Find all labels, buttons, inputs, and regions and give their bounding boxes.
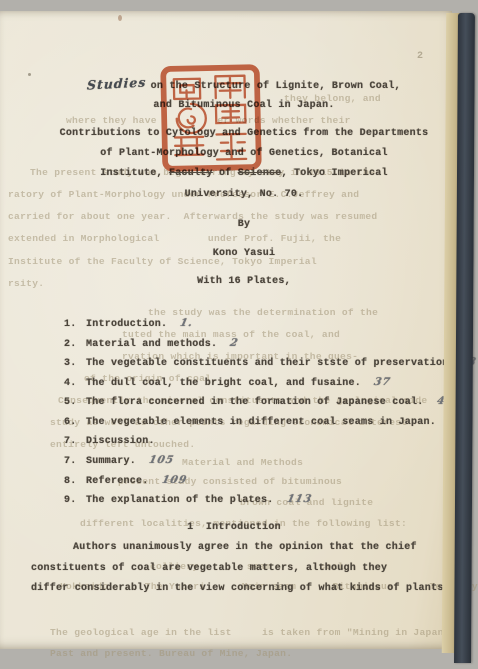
- paragraph-line: differ considerably in the view concerni…: [31, 582, 444, 595]
- toc-page-annotation: 113: [285, 493, 313, 506]
- toc-title: The vegetable constituents and their sts…: [86, 358, 455, 369]
- toc-row: 6.The vegetable elements in different co…: [64, 415, 466, 429]
- toc-page-annotation: 105: [148, 454, 176, 467]
- ghost-page-number: 2: [417, 51, 423, 62]
- ghost-line: The geological age in the list is taken …: [50, 627, 444, 639]
- toc-number: 8.: [64, 475, 86, 488]
- toc-row: 9.The explanation of the plates.113: [64, 493, 311, 507]
- toc-number: 1.: [64, 318, 86, 331]
- toc-title: Reference.: [86, 476, 149, 487]
- ink-speck: [118, 15, 122, 21]
- toc-number: 3.: [64, 357, 86, 370]
- handwritten-word-studies: Studies: [87, 75, 147, 91]
- subtitle-line-3-post: , Tokyo Imperical: [282, 168, 388, 179]
- toc-row: 8.Reference.109: [64, 474, 186, 488]
- toc-number: 5.: [64, 396, 86, 409]
- toc-page-annotation: 1.: [179, 317, 195, 330]
- toc-number: 7.: [64, 455, 86, 468]
- byline-by: By: [0, 218, 452, 231]
- scanned-photo: 2 they belong, andwhere they have er wor…: [0, 0, 478, 669]
- toc-page-annotation: 2: [229, 337, 240, 350]
- toc-title: Introduction.: [86, 319, 167, 330]
- author-name: Kono Yasui: [0, 247, 452, 260]
- toc-title: The explanation of the plates.: [86, 495, 274, 506]
- ghost-line: Material and Methods: [182, 457, 303, 469]
- toc-row: 4.The dull coal, the bright coal, and fu…: [64, 376, 391, 390]
- toc-row: 2.Material and methods.2: [64, 337, 239, 351]
- ink-speck: [28, 73, 31, 76]
- toc-number: 7.: [64, 435, 86, 448]
- toc-row: 7.Discussion.: [64, 435, 155, 448]
- red-seal-stamp: [158, 60, 264, 176]
- toc-number: 9.: [64, 494, 86, 507]
- toc-title: The vegetable elements in different coal…: [86, 417, 436, 428]
- subtitle-line-3-pre: Institute,: [100, 168, 169, 179]
- toc-row: 5.The flora concerned in the formation o…: [64, 395, 453, 409]
- toc-title: The flora concerned in the formation of …: [86, 397, 424, 408]
- toc-number: 4.: [64, 377, 86, 390]
- photo-background-strip: [0, 0, 478, 11]
- toc-row: 3.The vegetable constituents and their s…: [64, 356, 476, 370]
- subtitle-line-4: University, No. 70.: [0, 188, 452, 201]
- toc-title: Discussion.: [86, 436, 155, 447]
- toc-number: 2.: [64, 338, 86, 351]
- toc-page-annotation: 37: [373, 376, 392, 389]
- toc-title: Summary.: [86, 456, 136, 467]
- section-heading: 1 Introduction: [0, 521, 452, 534]
- toc-title: Material and methods.: [86, 339, 217, 350]
- toc-title: The dull coal, the bright coal, and fusa…: [86, 378, 361, 389]
- toc-page-annotation: 109: [160, 474, 188, 487]
- book-cover-band: [454, 13, 475, 663]
- paragraph-line: Authors unanimously agree in the opinion…: [73, 541, 417, 554]
- plates-note: With 16 Plates,: [0, 275, 452, 288]
- toc-row: 1.Introduction.1.: [64, 317, 193, 331]
- toc-number: 6.: [64, 416, 86, 429]
- ghost-line: Past and present. Bureau of Mine, Japan.: [50, 648, 292, 660]
- paragraph-line: constituents of coal are vegetable matte…: [31, 562, 387, 575]
- book-page: 2 they belong, andwhere they have er wor…: [0, 11, 452, 649]
- toc-row: 7.Summary.105: [64, 454, 174, 468]
- ghost-line: extended in Morphological under Prof. Fu…: [8, 233, 341, 245]
